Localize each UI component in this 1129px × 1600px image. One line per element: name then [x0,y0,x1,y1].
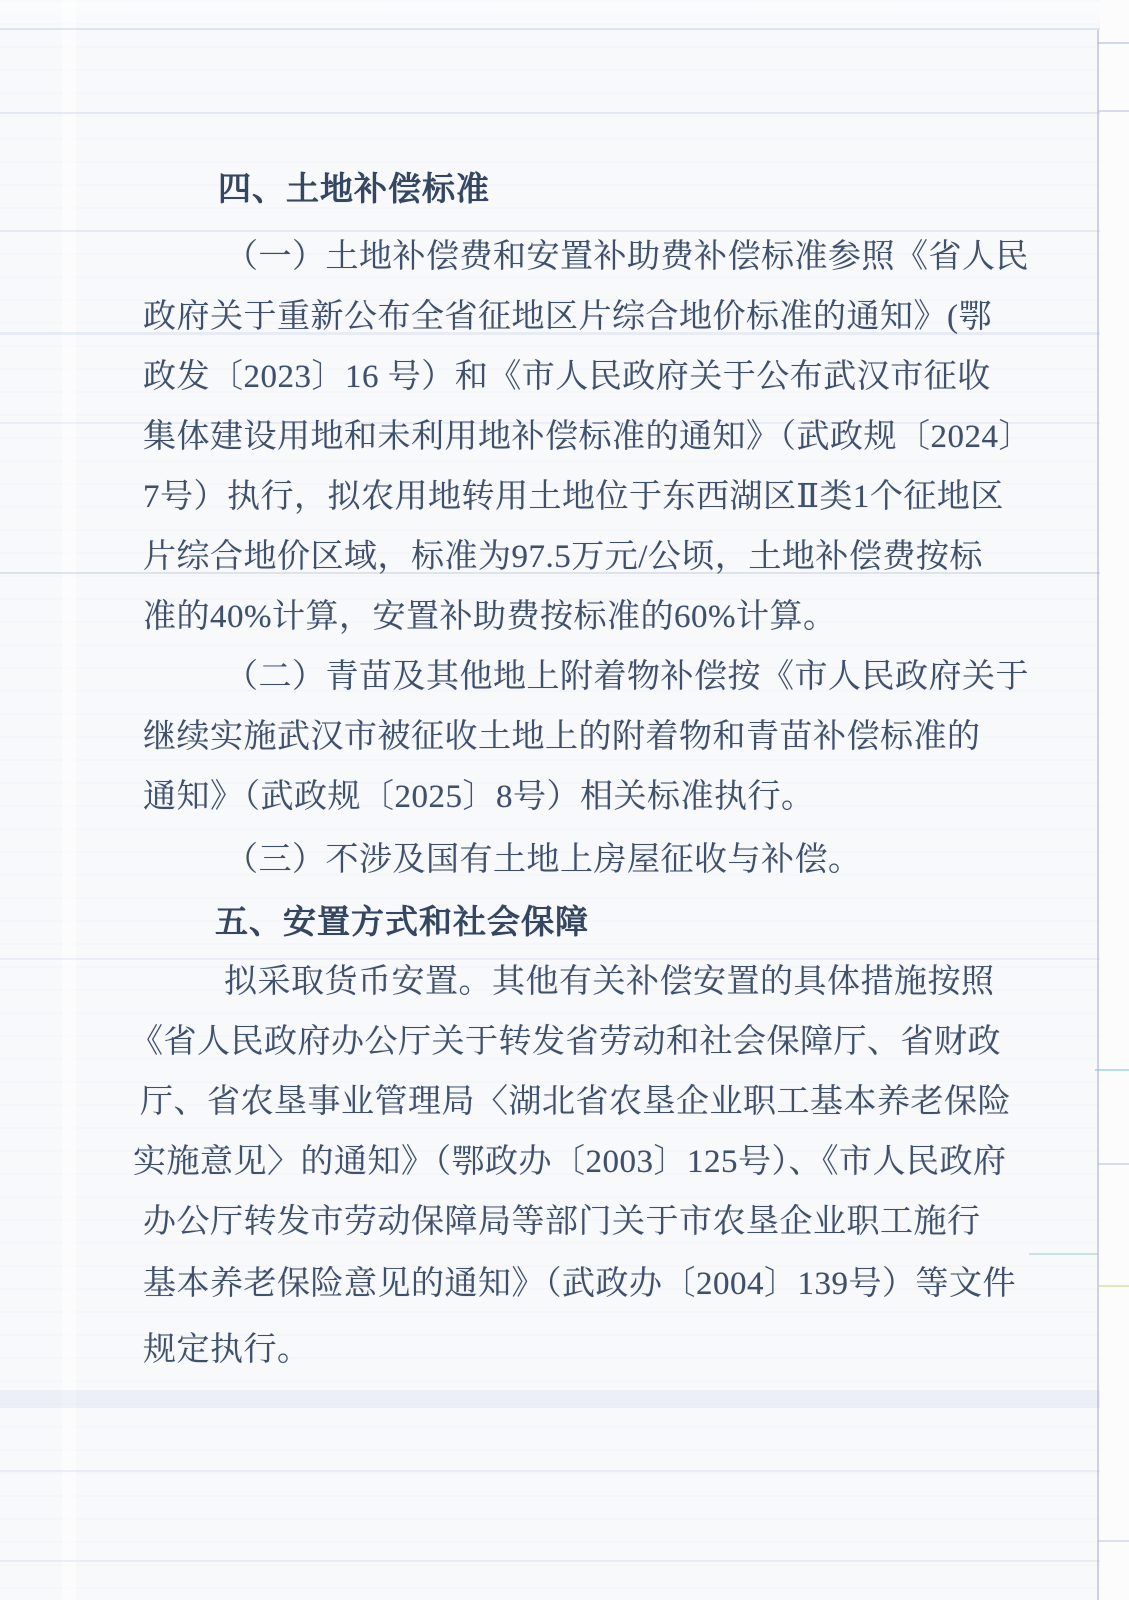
section-heading-4: 四、土地补偿标准 [218,167,490,211]
scanned-document-page: 四、土地补偿标准 （一）土地补偿费和安置补助费补偿标准参照《省人民 政府关于重新… [0,0,1129,1600]
scan-artifact-line [1098,110,1129,112]
text-line: （三）不涉及国有土地上房屋征收与补偿。 [225,838,862,882]
text-line: 规定执行。 [143,1328,311,1372]
paper-edge-line [1097,30,1099,1600]
text-line: （一）土地补偿费和安置补助费补偿标准参照《省人民 [225,235,1029,279]
paper-edge-strip [1100,0,1129,1600]
text-line: 厅、省农垦事业管理局〈湖北省农垦企业职工基本养老保险 [140,1080,1011,1124]
scan-artifact-line [1098,42,1129,44]
section-heading-5: 五、安置方式和社会保障 [215,900,589,944]
text-line: 继续实施武汉市被征收土地上的附着物和青苗补偿标准的 [143,715,981,759]
text-line: 办公厅转发市劳动保障局等部门关于市农垦企业职工施行 [143,1200,981,1244]
text-line: 实施意见〉的通知》（鄂政办〔2003〕125号）、《市人民政府 [133,1140,1007,1184]
text-line: 片综合地价区域，标准为97.5万元/公顷，土地补偿费按标 [143,535,983,579]
scan-artifact-line [1098,1285,1129,1287]
text-line: 集体建设用地和未利用地补偿标准的通知》（武政规〔2024〕 [143,415,1032,459]
text-line: 拟采取货币安置。其他有关补偿安置的具体措施按照 [224,960,995,1004]
scan-streak [0,230,1129,232]
text-line: （二）青苗及其他地上附着物补偿按《市人民政府关于 [225,655,1029,699]
scan-streak [0,112,1129,114]
scan-artifact-line [1098,1540,1129,1542]
scan-artifact-line [1029,1253,1098,1255]
text-line: 通知》（武政规〔2025〕8号）相关标准执行。 [143,775,815,819]
scan-streak [0,1560,1129,1562]
scan-artifact-line [1095,1069,1129,1071]
scan-streak [0,1470,1129,1472]
scan-artifact-line [1098,1163,1129,1165]
text-line: 准的40%计算，安置补助费按标准的60%计算。 [143,595,836,639]
text-line: 基本养老保险意见的通知》（武政办〔2004〕139号）等文件 [143,1262,1016,1306]
text-line: 《省人民政府办公厅关于转发省劳动和社会保障厅、省财政 [130,1020,1001,1064]
text-line: 政发〔2023〕16 号）和《市人民政府关于公布武汉市征收 [143,355,991,399]
scanner-light-band [62,0,76,1600]
text-line: 7号）执行，拟农用地转用土地位于东西湖区Ⅱ类1个征地区 [143,475,1004,519]
scan-streak [0,28,1129,30]
scan-streak [0,1390,1129,1408]
text-line: 政府关于重新公布全省征地区片综合地价标准的通知》(鄂 [143,295,992,339]
